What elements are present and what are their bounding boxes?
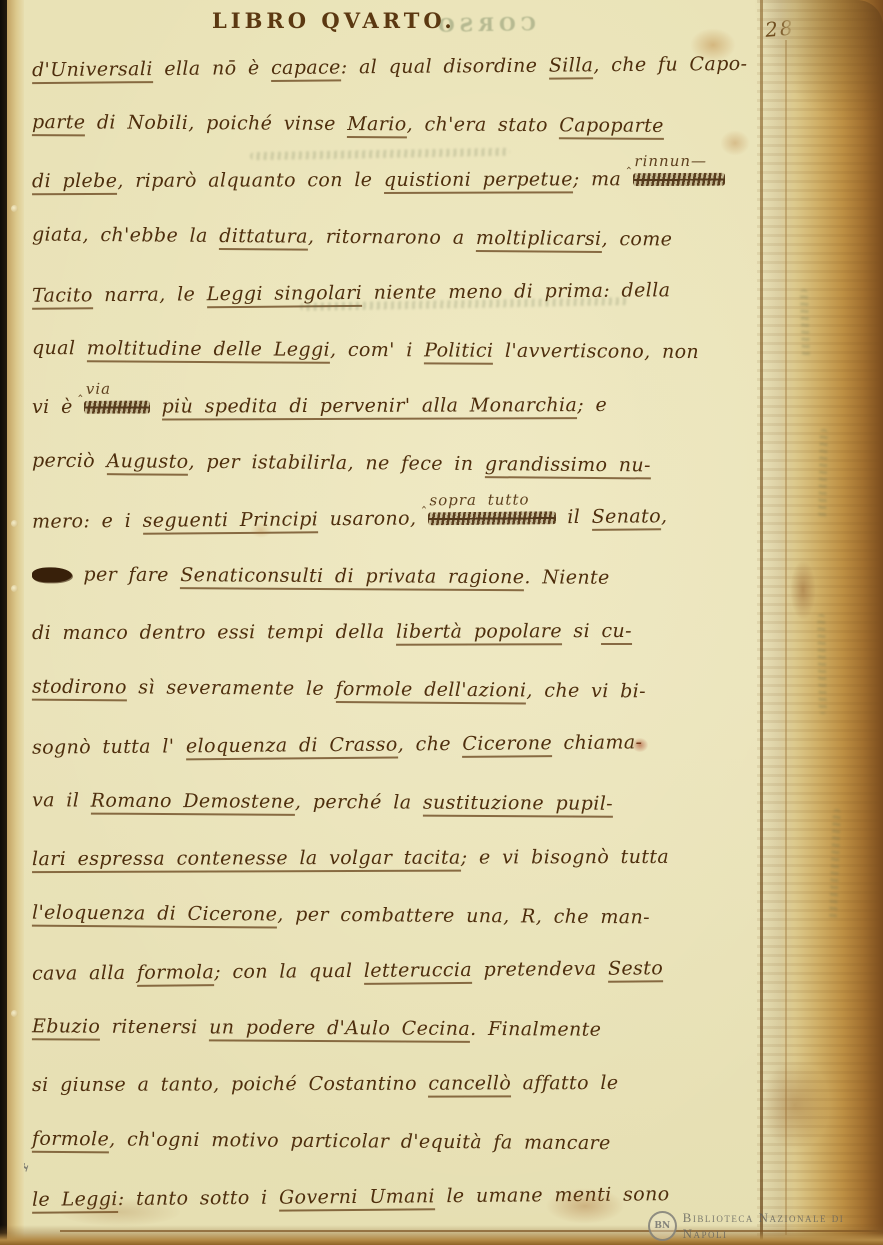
text-segment: sustituzione pupil- xyxy=(423,791,613,817)
text-segment: , ritornarono a xyxy=(308,225,476,248)
manuscript-line: l'eloquenza di Cicerone, per combattere … xyxy=(32,901,650,928)
text-segment: , ch'era stato xyxy=(407,113,560,136)
stain xyxy=(720,130,750,156)
bleedthrough-mark xyxy=(817,614,827,714)
text-segment: chiama- xyxy=(552,731,642,754)
text-segment: moltiplicarsi xyxy=(476,226,602,252)
text-segment: cu- xyxy=(601,620,632,645)
text-segment: ; con la qual xyxy=(214,960,364,983)
text-segment: Ebuzio xyxy=(32,1015,100,1040)
text-segment: le Leggi xyxy=(32,1188,118,1214)
manuscript-line: stodirono sì severamente le formole dell… xyxy=(32,675,646,702)
stitch-dot xyxy=(11,1010,18,1017)
text-segment: Capoparte xyxy=(559,114,664,140)
manuscript-line: vi è ‸via più spedita di pervenir' alla … xyxy=(32,394,607,418)
text-segment: Governi Umani xyxy=(279,1185,435,1211)
manuscript-line: le Leggi: tanto sotto i Governi Umani le… xyxy=(32,1183,670,1211)
text-segment: , xyxy=(661,505,668,527)
struck-out-scribble: ‸rinnun— xyxy=(633,173,725,186)
text-segment: quistioni perpetue xyxy=(384,168,573,194)
page-corner-shadow xyxy=(743,0,883,120)
text-segment: un podere d'Aulo Cecina xyxy=(209,1016,470,1043)
library-watermark: BN Biblioteca Nazionale di Napoli xyxy=(648,1210,883,1242)
text-segment: , che xyxy=(398,733,463,756)
text-segment: seguenti Principi xyxy=(143,508,319,535)
insertion-text: sopra tutto xyxy=(429,490,529,509)
text-segment: si xyxy=(562,620,602,642)
text-segment: Augusto xyxy=(106,450,188,476)
text-segment: sognò tutta l' xyxy=(32,735,186,758)
text-segment: formole dell'azioni xyxy=(335,677,526,703)
text-segment: Sesto xyxy=(608,957,663,982)
text-segment: stodirono xyxy=(32,675,127,701)
text-segment: Senato xyxy=(592,505,662,531)
struck-out-scribble: ‸sopra tutto xyxy=(428,511,556,525)
interlinear-insertion: ‸sopra tutto xyxy=(422,490,530,509)
text-segment: parte xyxy=(32,111,86,136)
text-segment: si giunse a tanto, poiché Costantino xyxy=(32,1073,428,1096)
text-segment: più spedita di pervenir' alla Monarchia xyxy=(162,394,578,420)
text-segment: mero: e i xyxy=(32,510,143,533)
text-segment: : al qual disordine xyxy=(341,55,549,79)
text-segment: capace xyxy=(271,56,341,82)
text-segment: Tacito xyxy=(32,284,93,310)
text-segment: formola xyxy=(137,961,214,987)
manuscript-line: lari espressa contenesse la volgar tacit… xyxy=(32,846,669,870)
bnn-monogram-icon: BN xyxy=(648,1211,677,1241)
insertion-text: rinnun— xyxy=(634,152,707,170)
text-segment: affatto le xyxy=(511,1072,618,1094)
text-segment: Mario xyxy=(347,112,407,137)
text-segment: grandissimo nu- xyxy=(485,453,651,479)
manuscript-line: perciò Augusto, per istabilirla, ne fece… xyxy=(32,449,651,476)
text-segment xyxy=(150,396,162,418)
manuscript-line: parte di Nobili, poiché vinse Mario, ch'… xyxy=(32,111,664,137)
page-edge-line xyxy=(785,40,787,1235)
stitch-dot xyxy=(11,520,18,527)
text-segment: il xyxy=(556,506,592,528)
text-segment: Senaticonsulti di privata ragione xyxy=(180,564,524,591)
text-segment: le umane menti sono xyxy=(435,1183,670,1207)
manuscript-line: formole, ch'ogni motivo particolar d'equ… xyxy=(32,1127,611,1154)
text-segment: , perché la xyxy=(295,790,423,813)
caret-mark-icon: ‸ xyxy=(422,494,427,509)
text-segment: va il xyxy=(32,789,91,811)
manuscript-line: d'Universali ella nō è capace: al qual d… xyxy=(32,53,748,81)
text-segment: , che fu Capo- xyxy=(593,53,747,76)
gutter-edge xyxy=(7,0,24,1245)
text-segment: , ch'ogni motivo particolar d'equità fa … xyxy=(109,1128,611,1154)
manuscript-line: si giunse a tanto, poiché Costantino can… xyxy=(32,1072,619,1096)
text-segment: , per combattere una, R, che man- xyxy=(277,903,650,928)
bleedthrough-mark xyxy=(818,429,828,519)
page-title: LIBRO QVARTO. xyxy=(212,8,456,33)
text-segment: l'eloquenza di Cicerone xyxy=(32,901,278,928)
manuscript-line: Ebuzio ritenersi un podere d'Aulo Cecina… xyxy=(32,1015,601,1040)
text-segment: dittatura xyxy=(219,224,308,250)
caret-mark-icon: ‸ xyxy=(627,155,632,170)
text-segment: vi è xyxy=(32,396,84,418)
ink-blot xyxy=(32,567,72,582)
text-segment: pretendeva xyxy=(472,958,608,981)
text-segment: letteruccia xyxy=(364,959,472,985)
bleedthrough-mark xyxy=(250,148,510,161)
text-segment: , per istabilirla, ne fece in xyxy=(188,450,485,474)
text-segment: lari espressa contenesse la volgar tacit… xyxy=(32,847,461,873)
manuscript-line: mero: e i seguenti Principi usarono, ‸so… xyxy=(32,505,668,533)
text-segment: cancellò xyxy=(428,1072,511,1097)
text-segment: Cicerone xyxy=(462,732,552,758)
interlinear-insertion: ‸rinnun— xyxy=(627,152,707,170)
manuscript-line: va il Romano Demostene, perché la sustit… xyxy=(32,789,613,815)
text-segment: d'Universali xyxy=(32,58,153,84)
text-segment: formole xyxy=(32,1127,109,1153)
caret-mark-icon: ‸ xyxy=(78,383,83,398)
text-segment: di Nobili, poiché vinse xyxy=(85,111,347,135)
manuscript-line: di manco dentro essi tempi della libertà… xyxy=(32,620,632,644)
manuscript-line: cava alla formola; con la qual letterucc… xyxy=(32,957,663,985)
text-segment: Romano Demostene xyxy=(91,789,295,815)
manuscript-line: giata, ch'ebbe la dittatura, ritornarono… xyxy=(32,223,673,250)
manuscript-page: CORSO LIBRO QVARTO. 281 d'Universali ell… xyxy=(0,0,883,1245)
text-segment: ; e xyxy=(577,394,607,416)
text-segment: perciò xyxy=(32,449,107,472)
text-segment: ella nō è xyxy=(153,57,271,80)
struck-out-scribble: ‸via xyxy=(84,401,150,414)
text-segment: Politici xyxy=(424,339,493,364)
manuscript-line: sognò tutta l' eloquenza di Crasso, che … xyxy=(32,731,643,758)
text-segment: moltitudine delle Leggi xyxy=(87,337,330,363)
stitch-dot xyxy=(11,585,18,592)
text-segment: eloquenza di Crasso xyxy=(186,733,398,760)
manuscript-line: qual moltitudine delle Leggi, com' i Pol… xyxy=(32,336,699,362)
text-segment: ; ma xyxy=(573,168,633,190)
text-segment: . Niente xyxy=(524,566,609,589)
text-segment: Silla xyxy=(549,54,594,79)
text-segment: cava alla xyxy=(32,962,137,985)
insertion-text: via xyxy=(86,380,111,398)
interlinear-insertion: ‸via xyxy=(78,380,111,398)
text-segment: giata, ch'ebbe la xyxy=(32,223,219,246)
text-segment: , com' i xyxy=(330,338,424,361)
text-segment: l'avvertiscono, non xyxy=(493,339,699,362)
text-segment: qual xyxy=(32,336,87,358)
text-segment: per fare xyxy=(72,563,180,586)
text-segment: di plebe xyxy=(32,170,117,195)
text-segment: , come xyxy=(601,227,672,250)
text-segment: : tanto sotto i xyxy=(118,1187,279,1210)
text-segment: . Finalmente xyxy=(470,1017,601,1040)
watermark-label: Biblioteca Nazionale di Napoli xyxy=(683,1210,883,1242)
page-edge-line xyxy=(760,0,763,1245)
text-segment: usarono, xyxy=(318,507,428,530)
text-segment: sì severamente le xyxy=(127,676,336,700)
stitch-dot xyxy=(11,205,18,212)
text-segment: di manco dentro essi tempi della xyxy=(32,621,396,644)
text-segment: ; e vi bisognò tutta xyxy=(461,846,669,869)
text-segment: , riparò alquanto con le xyxy=(117,169,384,192)
book-binding-edge xyxy=(0,0,7,1245)
manuscript-line: per fare Senaticonsulti di privata ragio… xyxy=(32,563,610,589)
text-segment: libertà popolare xyxy=(396,620,562,646)
text-segment: , che vi bi- xyxy=(526,679,646,702)
text-segment: narra, le xyxy=(93,283,207,306)
manuscript-line: di plebe, riparò alquanto con le quistio… xyxy=(32,168,725,192)
text-segment: ritenersi xyxy=(100,1015,209,1038)
